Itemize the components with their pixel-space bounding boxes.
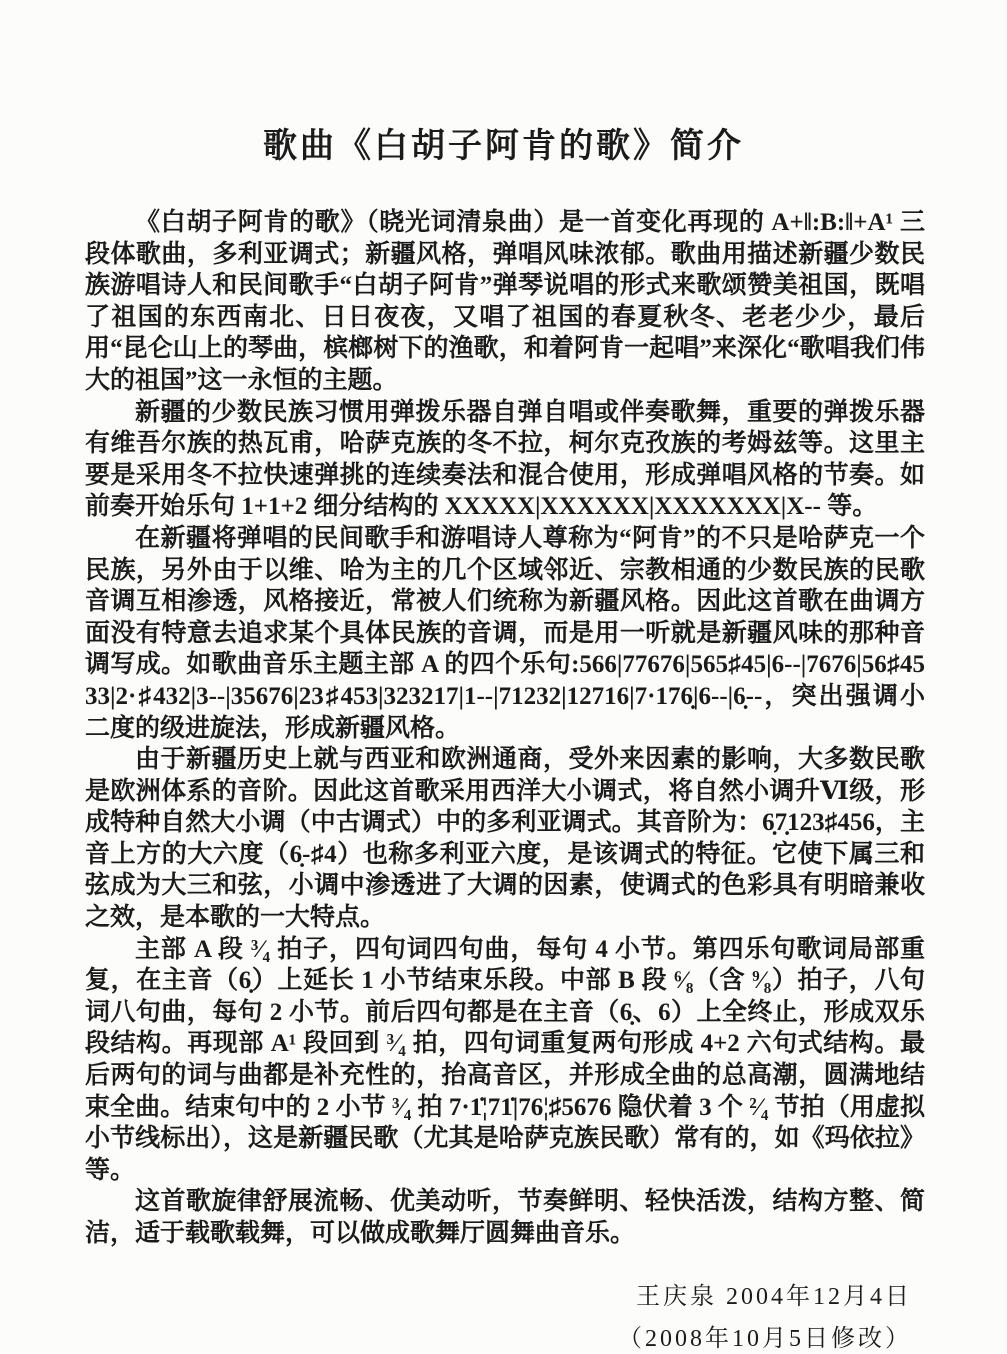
- signature-revision-date: （2008年10月5日修改）: [0, 1318, 912, 1354]
- paragraph-conclusion: 这首歌旋律舒展流畅、优美动听，节奏鲜明、轻快活泼，结构方整、简洁，适于载歌载舞，…: [85, 1186, 925, 1249]
- paragraph-structure: 主部 A 段 ³⁄₄ 拍子，四句词四句曲，每句 4 小节。第四乐句歌词局部重复，…: [85, 934, 925, 1187]
- document-title: 歌曲《白胡子阿肯的歌》简介: [0, 0, 1007, 167]
- document-body: 《白胡子阿肯的歌》（晓光词清泉曲）是一首变化再现的 A+‖:B:‖+A¹ 三段体…: [85, 207, 925, 1250]
- paragraph-akyn-style: 在新疆将弹唱的民间歌手和游唱诗人尊称为“阿肯”的不只是哈萨克一个民族，另外由于以…: [85, 523, 925, 744]
- paragraph-dorian-mode: 由于新疆历史上就与西亚和欧洲通商，受外来因素的影响，大多数民歌是欧洲体系的音阶。…: [85, 744, 925, 934]
- signature-author-date: 王庆泉 2004年12月4日: [0, 1276, 912, 1318]
- document-page: 歌曲《白胡子阿肯的歌》简介 《白胡子阿肯的歌》（晓光词清泉曲）是一首变化再现的 …: [0, 0, 1007, 1354]
- paragraph-instruments: 新疆的少数民族习惯用弹拨乐器自弹自唱或伴奏歌舞，重要的弹拨乐器有维吾尔族的热瓦甫…: [85, 397, 925, 523]
- paragraph-intro: 《白胡子阿肯的歌》（晓光词清泉曲）是一首变化再现的 A+‖:B:‖+A¹ 三段体…: [85, 207, 925, 397]
- signature-block: 王庆泉 2004年12月4日 （2008年10月5日修改）: [0, 1276, 1007, 1354]
